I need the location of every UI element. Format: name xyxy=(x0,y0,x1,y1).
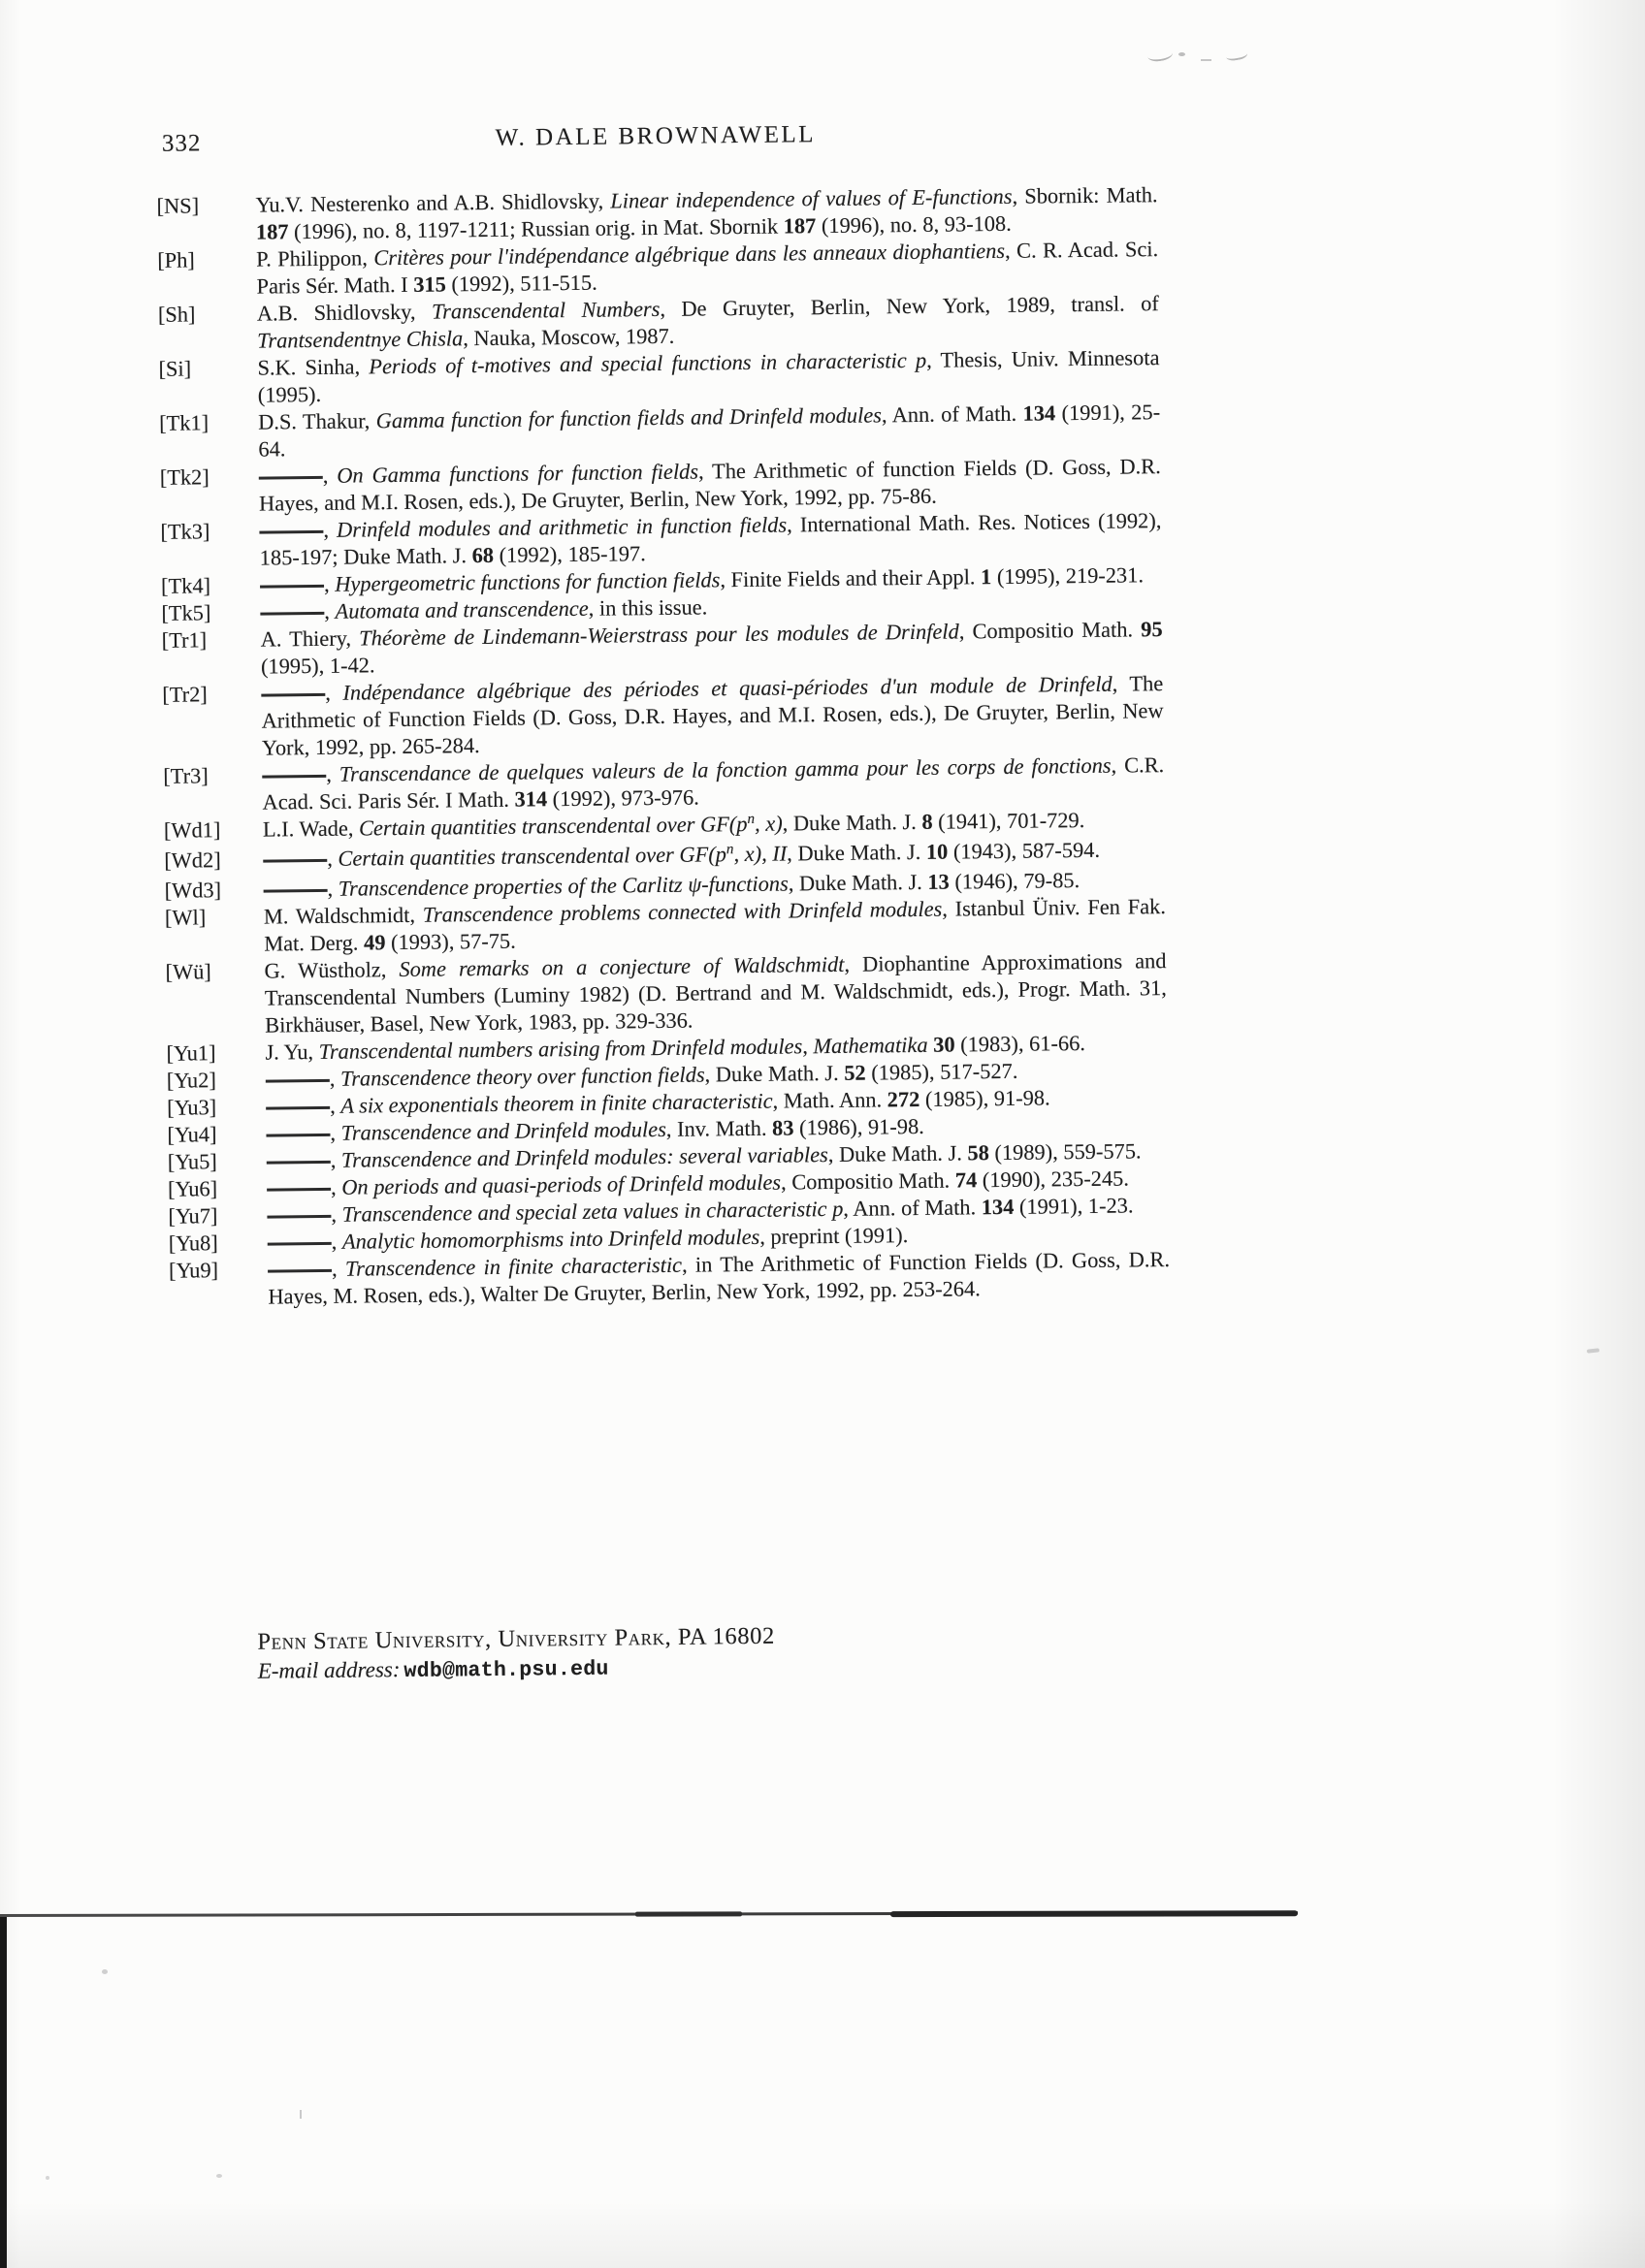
scan-smudge-artifact xyxy=(1201,59,1211,61)
reference-label: [Yu1] xyxy=(166,1039,265,1068)
repeat-author-dash xyxy=(263,859,327,862)
reference-text: A.B. Shidlovsky, Transcendental Numbers,… xyxy=(257,290,1160,355)
reference-text: , On Gamma functions for function fields… xyxy=(259,453,1162,518)
reference-label: [Si] xyxy=(158,355,257,383)
repeat-author-dash xyxy=(264,889,328,892)
reference-label: [Yu3] xyxy=(167,1094,266,1122)
reference-entry: [Tr2], Indépendance algébrique des pério… xyxy=(162,670,1164,763)
reference-label: [Tk1] xyxy=(159,409,258,437)
email-line: E-mail address: wdb@math.psu.edu xyxy=(258,1651,776,1689)
repeat-author-dash xyxy=(266,1079,330,1082)
page-content: 332 W. DALE BROWNAWELL [NS]Yu.V. Nestere… xyxy=(0,0,1645,2268)
scan-speck-artifact xyxy=(102,1969,108,1974)
reference-text: , Transcendance de quelques valeurs de l… xyxy=(262,751,1165,816)
reference-label: [Yu8] xyxy=(169,1230,268,1258)
reference-label: [Yu4] xyxy=(167,1121,266,1149)
reference-label: [Tk3] xyxy=(160,518,259,546)
reference-label: [Yu5] xyxy=(168,1148,267,1176)
scan-smudge-artifact xyxy=(1178,52,1185,56)
reference-label: [Ph] xyxy=(157,246,256,274)
reference-text: M. Waldschmidt, Transcendence problems c… xyxy=(264,893,1167,958)
repeat-author-dash xyxy=(268,1269,332,1272)
reference-label: [Tk5] xyxy=(161,599,260,627)
reference-text: Yu.V. Nesterenko and A.B. Shidlovsky, Li… xyxy=(255,181,1158,246)
repeat-author-dash xyxy=(260,585,324,588)
reference-entry: [Wü]G. Wüstholz, Some remarks on a conje… xyxy=(165,947,1167,1040)
reference-label: [Tr3] xyxy=(163,762,262,790)
reference-label: [NS] xyxy=(156,192,255,220)
reference-label: [Wl] xyxy=(165,904,264,932)
repeat-author-dash xyxy=(266,1134,330,1136)
scan-speck-artifact xyxy=(300,2110,302,2119)
reference-label: [Tk2] xyxy=(160,463,259,492)
repeat-author-dash xyxy=(267,1215,331,1218)
reference-label: [Wd2] xyxy=(164,847,263,875)
scanned-page: 332 W. DALE BROWNAWELL [NS]Yu.V. Nestere… xyxy=(0,0,1645,2268)
reference-text: D.S. Thakur, Gamma function for function… xyxy=(258,399,1161,463)
affiliation: Penn State University, University Park, … xyxy=(257,1622,775,1657)
repeat-author-dash xyxy=(262,775,326,778)
reference-text: S.K. Sinha, Periods of t-motives and spe… xyxy=(257,344,1160,409)
scan-left-edge-artifact xyxy=(0,1917,7,2268)
repeat-author-dash xyxy=(267,1188,331,1191)
repeat-author-dash xyxy=(268,1242,332,1245)
reference-entry: [Yu9], Transcendence in finite character… xyxy=(169,1246,1171,1312)
repeat-author-dash xyxy=(259,530,323,533)
repeat-author-dash xyxy=(259,476,323,479)
repeat-author-dash xyxy=(266,1106,330,1109)
reference-label: [Tk4] xyxy=(161,572,260,600)
running-head: W. DALE BROWNAWELL xyxy=(156,117,1155,156)
reference-label: [Yu6] xyxy=(168,1175,267,1203)
reference-label: [Tr2] xyxy=(162,681,261,709)
reference-text: P. Philippon, Critères pour l'indépendan… xyxy=(256,236,1159,301)
reference-label: [Sh] xyxy=(158,301,257,329)
reference-list: [NS]Yu.V. Nesterenko and A.B. Shidlovsky… xyxy=(156,181,1170,1312)
email-address: wdb@math.psu.edu xyxy=(403,1658,608,1683)
reference-label: [Yu2] xyxy=(167,1067,266,1095)
repeat-author-dash xyxy=(267,1161,331,1164)
email-label: E-mail address: xyxy=(258,1657,401,1683)
scan-speck-artifact xyxy=(46,2176,49,2180)
reference-label: [Tr1] xyxy=(162,626,261,655)
page-footer: Penn State University, University Park, … xyxy=(257,1622,775,1689)
reference-label: [Wd3] xyxy=(164,877,263,905)
scan-speck-artifact xyxy=(216,2174,222,2178)
reference-text: , Indépendance algébrique des périodes e… xyxy=(261,670,1164,762)
reference-text: , Transcendence in finite characteristic… xyxy=(268,1246,1171,1311)
repeat-author-dash xyxy=(260,612,324,615)
reference-label: [Wü] xyxy=(165,958,264,986)
reference-text: , Drinfeld modules and arithmetic in fun… xyxy=(259,507,1162,572)
reference-label: [Yu9] xyxy=(169,1257,268,1285)
reference-text: A. Thiery, Théorème de Lindemann-Weierst… xyxy=(261,616,1164,681)
reference-label: [Wd1] xyxy=(164,816,263,845)
reference-text: G. Wüstholz, Some remarks on a conjectur… xyxy=(264,947,1167,1039)
reference-label: [Yu7] xyxy=(168,1202,267,1230)
repeat-author-dash xyxy=(261,693,325,696)
